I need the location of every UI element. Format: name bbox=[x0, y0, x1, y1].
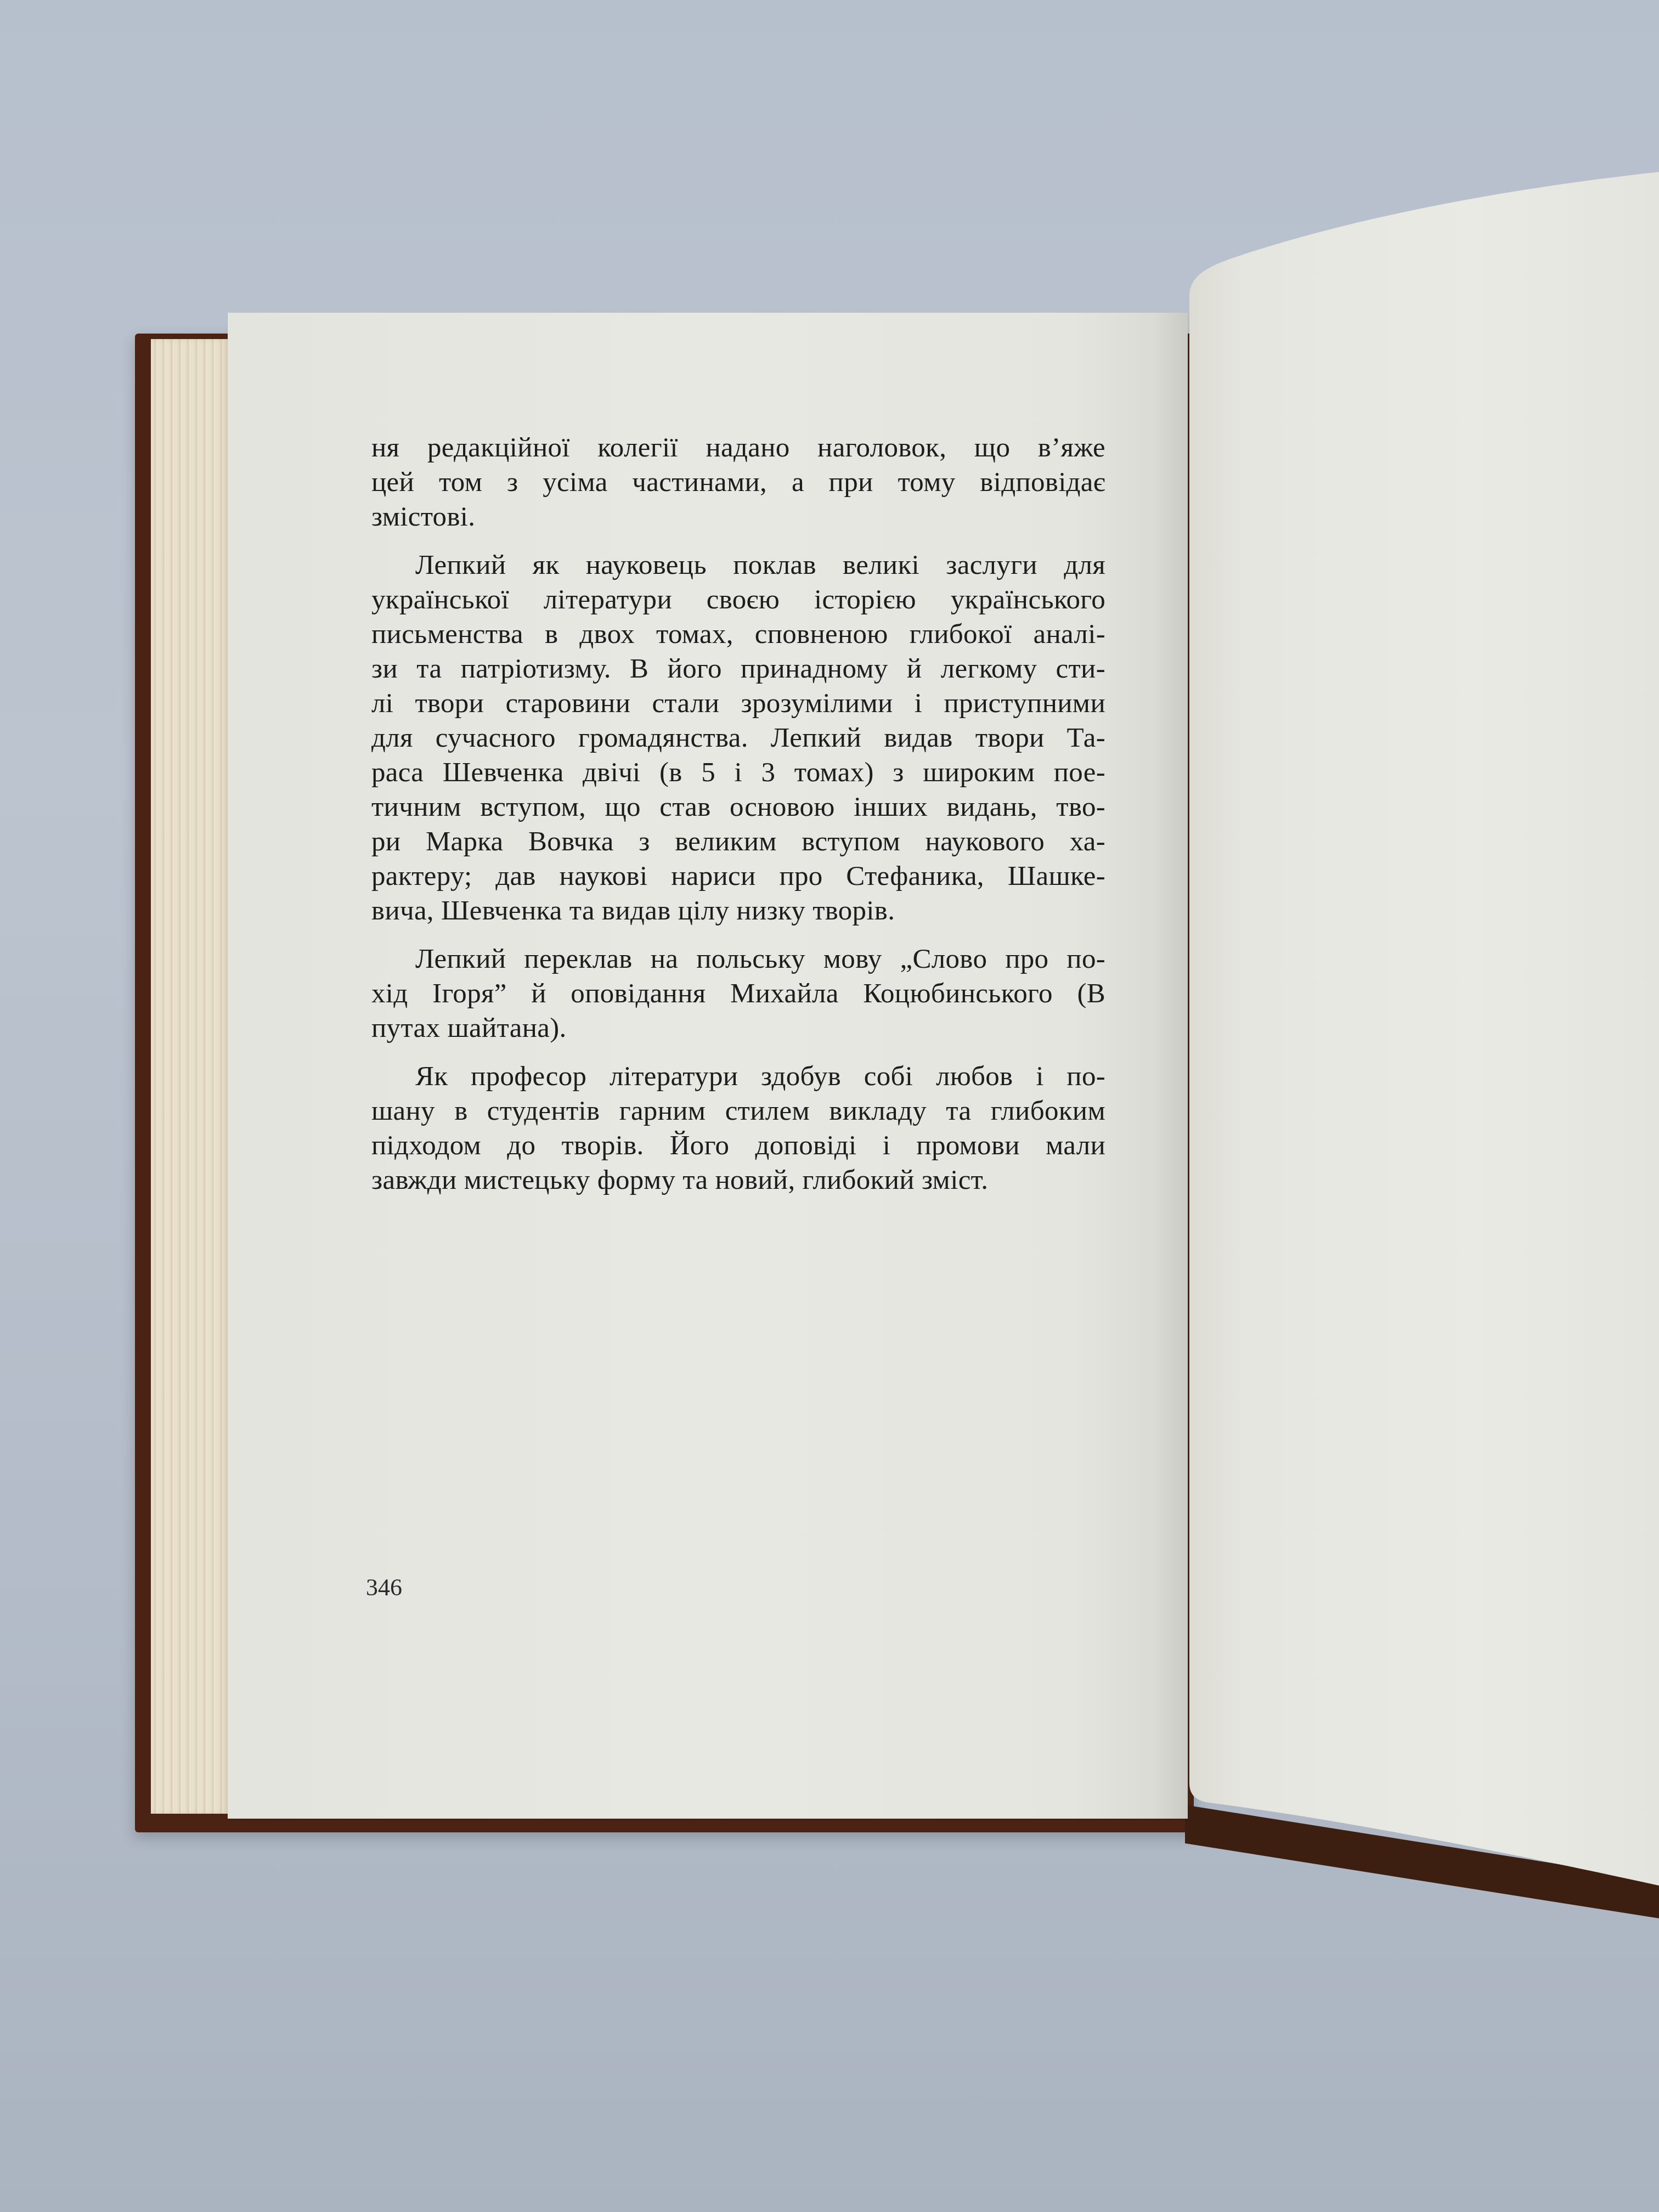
text-line: тичним вступом, що став основою інших ви… bbox=[371, 790, 1105, 825]
text-line: лі твори старовини стали зрозумілими і п… bbox=[371, 686, 1105, 721]
text-line: для сучасного громадянства. Лепкий видав… bbox=[371, 721, 1105, 755]
text-line: ня редакційної колегії надано наголовок,… bbox=[371, 431, 1105, 465]
text-line: підходом до творів. Його доповіді і пром… bbox=[371, 1128, 1105, 1163]
gutter-shadow bbox=[1155, 313, 1188, 1819]
text-line: Лепкий переклав на польську мову „Слово … bbox=[371, 942, 1105, 977]
text-line: зи та патріотизму. В його принадному й л… bbox=[371, 652, 1105, 686]
left-page: ня редакційної колегії надано наголовок,… bbox=[228, 313, 1188, 1819]
text-line: української літератури своєю історією ук… bbox=[371, 583, 1105, 617]
paragraph-2: Лепкий як науковець поклав великі заслуг… bbox=[371, 548, 1105, 928]
paragraph-1: ня редакційної колегії надано наголовок,… bbox=[371, 431, 1105, 534]
text-line: шану в студентів гарним стилем викладу т… bbox=[371, 1094, 1105, 1128]
text-line: Лепкий як науковець поклав великі заслуг… bbox=[371, 548, 1105, 583]
text-line: путах шайтана). bbox=[371, 1011, 1105, 1046]
text-line: хід Ігоря” й оповідання Михайла Коцюбинс… bbox=[371, 977, 1105, 1011]
text-line: Як професор літератури здобув собі любов… bbox=[371, 1059, 1105, 1094]
text-line: раса Шевченка двічі (в 5 і 3 томах) з ши… bbox=[371, 755, 1105, 790]
page-text: ня редакційної колегії надано наголовок,… bbox=[371, 431, 1105, 1211]
paragraph-4: Як професор літератури здобув собі любов… bbox=[371, 1059, 1105, 1198]
page-fore-edge-stack bbox=[151, 339, 228, 1814]
text-line: письменства в двох томах, сповненою глиб… bbox=[371, 617, 1105, 652]
paragraph-3: Лепкий переклав на польську мову „Слово … bbox=[371, 942, 1105, 1046]
text-line: рактеру; дав наукові нариси про Стефаник… bbox=[371, 859, 1105, 894]
text-line: вича, Шевченка та видав цілу низку творі… bbox=[371, 894, 1105, 928]
text-line: завжди мистецьку форму та новий, глибоки… bbox=[371, 1163, 1105, 1198]
right-page-blank bbox=[1189, 165, 1659, 1887]
text-line: ри Марка Вовчка з великим вступом науков… bbox=[371, 825, 1105, 859]
page-number: 346 bbox=[366, 1573, 402, 1601]
text-line: змістові. bbox=[371, 500, 1105, 534]
text-line: цей том з усіма частинами, а при тому ві… bbox=[371, 465, 1105, 500]
